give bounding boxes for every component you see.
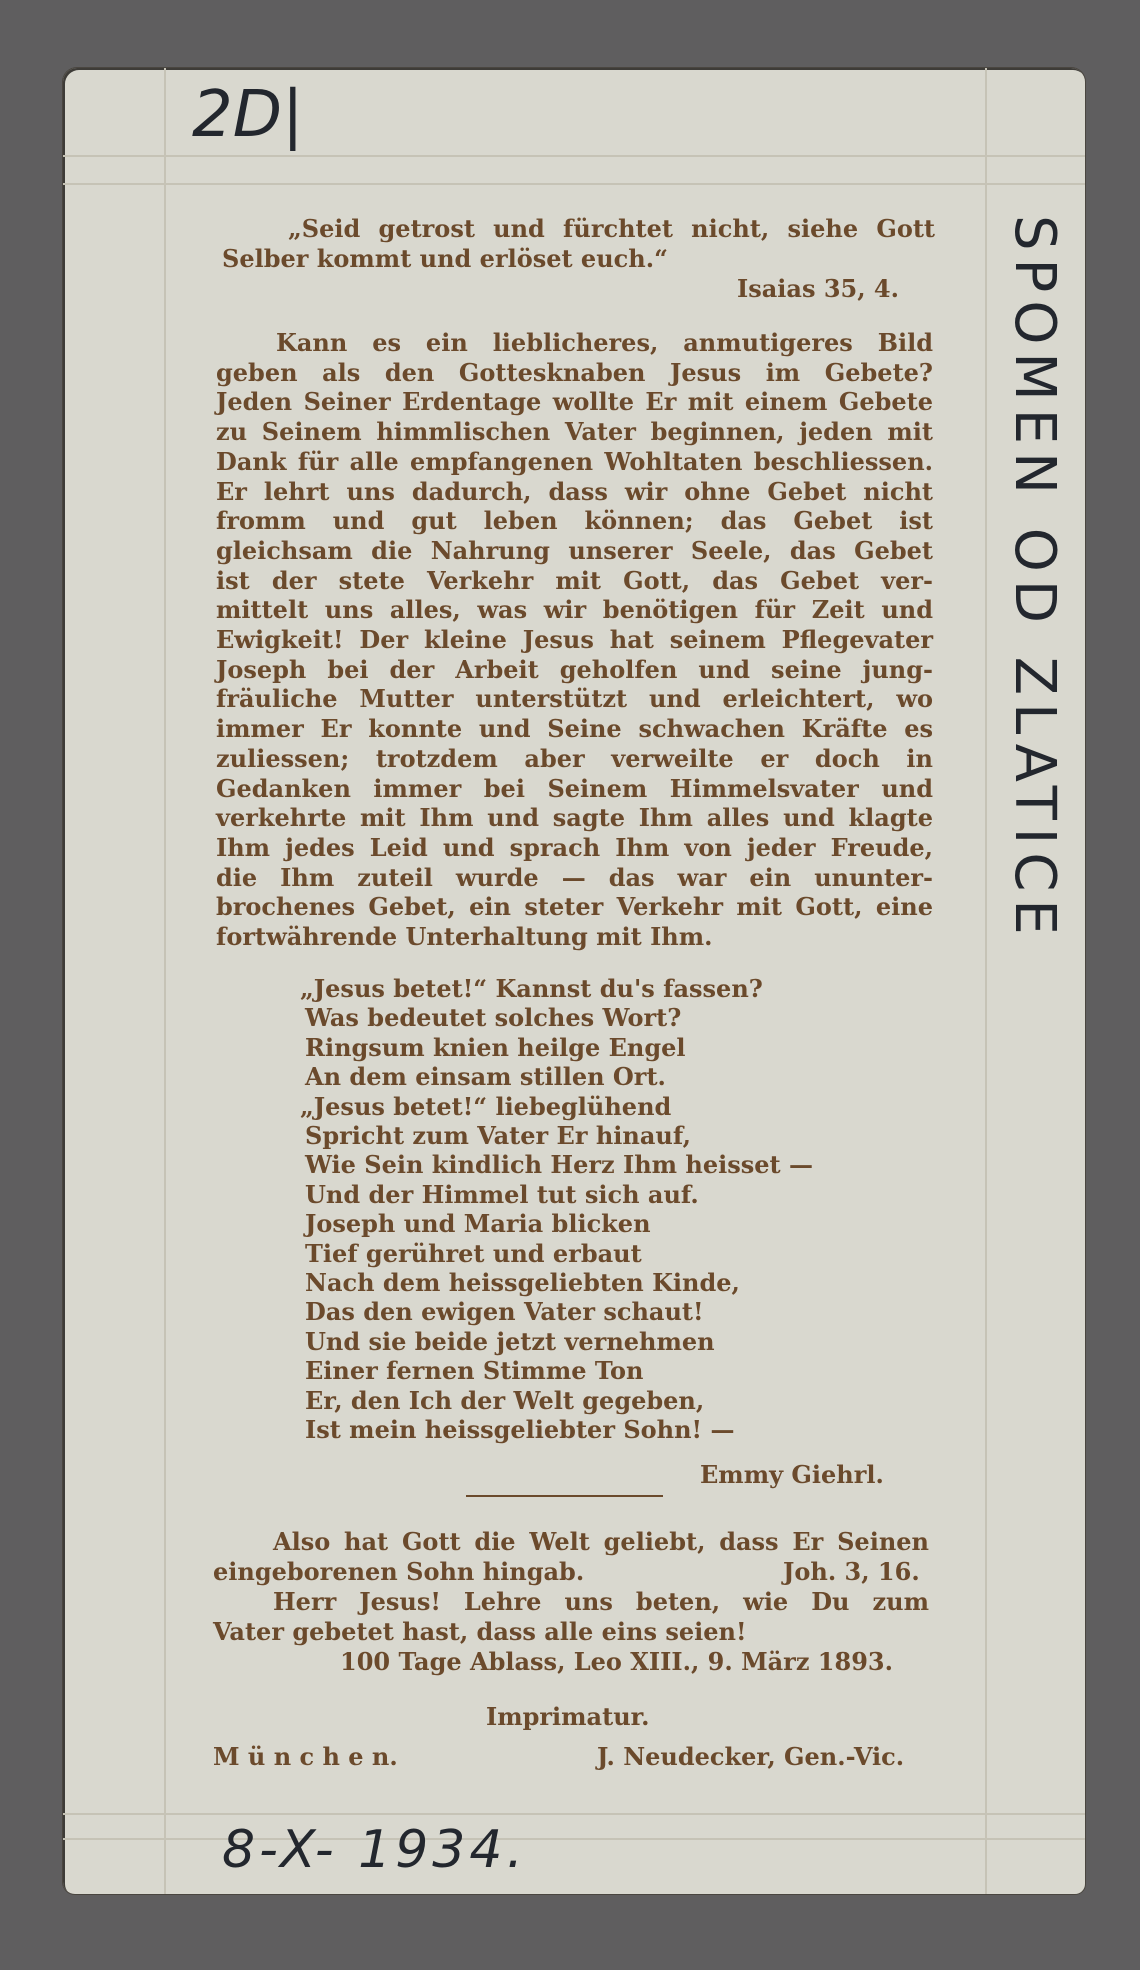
poem-author: Emmy Giehrl. bbox=[700, 1460, 884, 1489]
poem-line: Das den ewigen Vater schaut! bbox=[305, 1297, 704, 1326]
body-line: fromm und gut leben können; das Gebet is… bbox=[216, 506, 933, 535]
emboss-line-bottom-2 bbox=[63, 1838, 1085, 1840]
handwritten-date: 8-X- 1934. bbox=[222, 1820, 527, 1880]
poem-line: Und der Himmel tut sich auf. bbox=[305, 1180, 699, 1209]
handwritten-catalog-mark: 2D| bbox=[192, 78, 304, 152]
body-line: fräuliche Mutter unterstützt und erleich… bbox=[216, 684, 933, 713]
body-line: Gedanken immer bei Seinem Himmelsvater u… bbox=[216, 774, 933, 803]
body-line: Dank für alle empfangenen Wohltaten besc… bbox=[216, 447, 933, 476]
body-line: immer Er konnte und Seine schwachen Kräf… bbox=[216, 714, 933, 743]
imprimatur: Imprimatur. bbox=[486, 1702, 649, 1731]
closing-prayer-line-2: Vater gebetet hast, dass alle eins seien… bbox=[213, 1617, 747, 1646]
poem-line: Nach dem heissgeliebten Kinde, bbox=[305, 1268, 740, 1297]
body-line: Ihm jedes Leid und sprach Ihm von jeder … bbox=[216, 833, 933, 862]
body-line: brochenes Gebet, ein steter Verkehr mit … bbox=[216, 892, 933, 921]
body-line: geben als den Gottesknaben Jesus im Gebe… bbox=[216, 358, 933, 387]
epigraph-line-1: „Seid getrost und fürchtet nicht, siehe … bbox=[288, 214, 935, 243]
closing-verse-line-1: Also hat Gott die Welt geliebt, dass Er … bbox=[273, 1527, 929, 1556]
emboss-line-bottom bbox=[63, 1813, 1085, 1815]
emboss-line-top-2 bbox=[63, 183, 1085, 185]
body-line: gleichsam die Nahrung unserer Seele, das… bbox=[216, 536, 933, 565]
poem-line: „Jesus betet!“ liebeglühend bbox=[300, 1092, 671, 1121]
body-line: Joseph bei der Arbeit geholfen und seine… bbox=[216, 655, 933, 684]
body-line: Kann es ein lieblicheres, anmutigeres Bi… bbox=[276, 328, 933, 357]
body-line: mittelt uns alles, was wir benötigen für… bbox=[216, 595, 933, 624]
handwritten-side-note: SPOMEN OD ZLATICE bbox=[1002, 215, 1067, 943]
poem-line: Ist mein heissgeliebter Sohn! — bbox=[305, 1415, 734, 1444]
closing-verse-line-2: eingeborenen Sohn hingab. bbox=[213, 1557, 584, 1586]
poem-line: Einer fernen Stimme Ton bbox=[305, 1356, 643, 1385]
poem-line: Wie Sein kindlich Herz Ihm heisset — bbox=[305, 1150, 813, 1179]
epigraph-reference: Isaias 35, 4. bbox=[737, 274, 899, 303]
poem-line: An dem einsam stillen Ort. bbox=[305, 1062, 666, 1091]
section-divider bbox=[466, 1495, 663, 1497]
indulgence-note: 100 Tage Ablass, Leo XIII., 9. März 1893… bbox=[340, 1647, 893, 1676]
body-line: Jeden Seiner Erdentage wollte Er mit ein… bbox=[216, 387, 933, 416]
body-line: die Ihm zuteil wurde — das war ein ununt… bbox=[216, 863, 933, 892]
body-line: Ewigkeit! Der kleine Jesus hat seinem Pf… bbox=[216, 625, 933, 654]
body-line: ist der stete Verkehr mit Gott, das Gebe… bbox=[216, 566, 933, 595]
body-line: zu Seinem himmlischen Vater beginnen, je… bbox=[216, 417, 933, 446]
body-line: fortwährende Unterhaltung mit Ihm. bbox=[216, 922, 713, 951]
emboss-line-right bbox=[985, 68, 987, 1894]
poem-line: Ringsum knien heilge Engel bbox=[305, 1033, 686, 1062]
body-line: Er lehrt uns dadurch, dass wir ohne Gebe… bbox=[216, 477, 933, 506]
body-line: verkehrte mit Ihm und sagte Ihm alles un… bbox=[216, 803, 933, 832]
emboss-line-left bbox=[164, 68, 166, 1894]
poem-line: Er, den Ich der Welt gegeben, bbox=[305, 1386, 704, 1415]
imprimatur-signatory: J. Neudecker, Gen.-Vic. bbox=[597, 1742, 904, 1771]
closing-verse-reference: Joh. 3, 16. bbox=[783, 1557, 920, 1586]
epigraph-line-2: Selber kommt und erlöset euch.“ bbox=[222, 244, 668, 273]
body-line: zuliessen; trotzdem aber verweilte er do… bbox=[216, 744, 933, 773]
poem-line: Tief gerühret und erbaut bbox=[305, 1239, 642, 1268]
poem-line: Joseph und Maria blicken bbox=[305, 1209, 651, 1238]
closing-prayer-line-1: Herr Jesus! Lehre uns beten, wie Du zum bbox=[273, 1587, 929, 1616]
poem-line: Und sie beide jetzt vernehmen bbox=[305, 1327, 715, 1356]
poem-line: Was bedeutet solches Wort? bbox=[305, 1003, 681, 1032]
imprimatur-place: M ü n c h e n. bbox=[213, 1742, 398, 1771]
poem-line: „Jesus betet!“ Kannst du's fassen? bbox=[300, 974, 763, 1003]
poem-line: Spricht zum Vater Er hinauf, bbox=[305, 1121, 691, 1150]
emboss-line-top bbox=[63, 155, 1085, 157]
